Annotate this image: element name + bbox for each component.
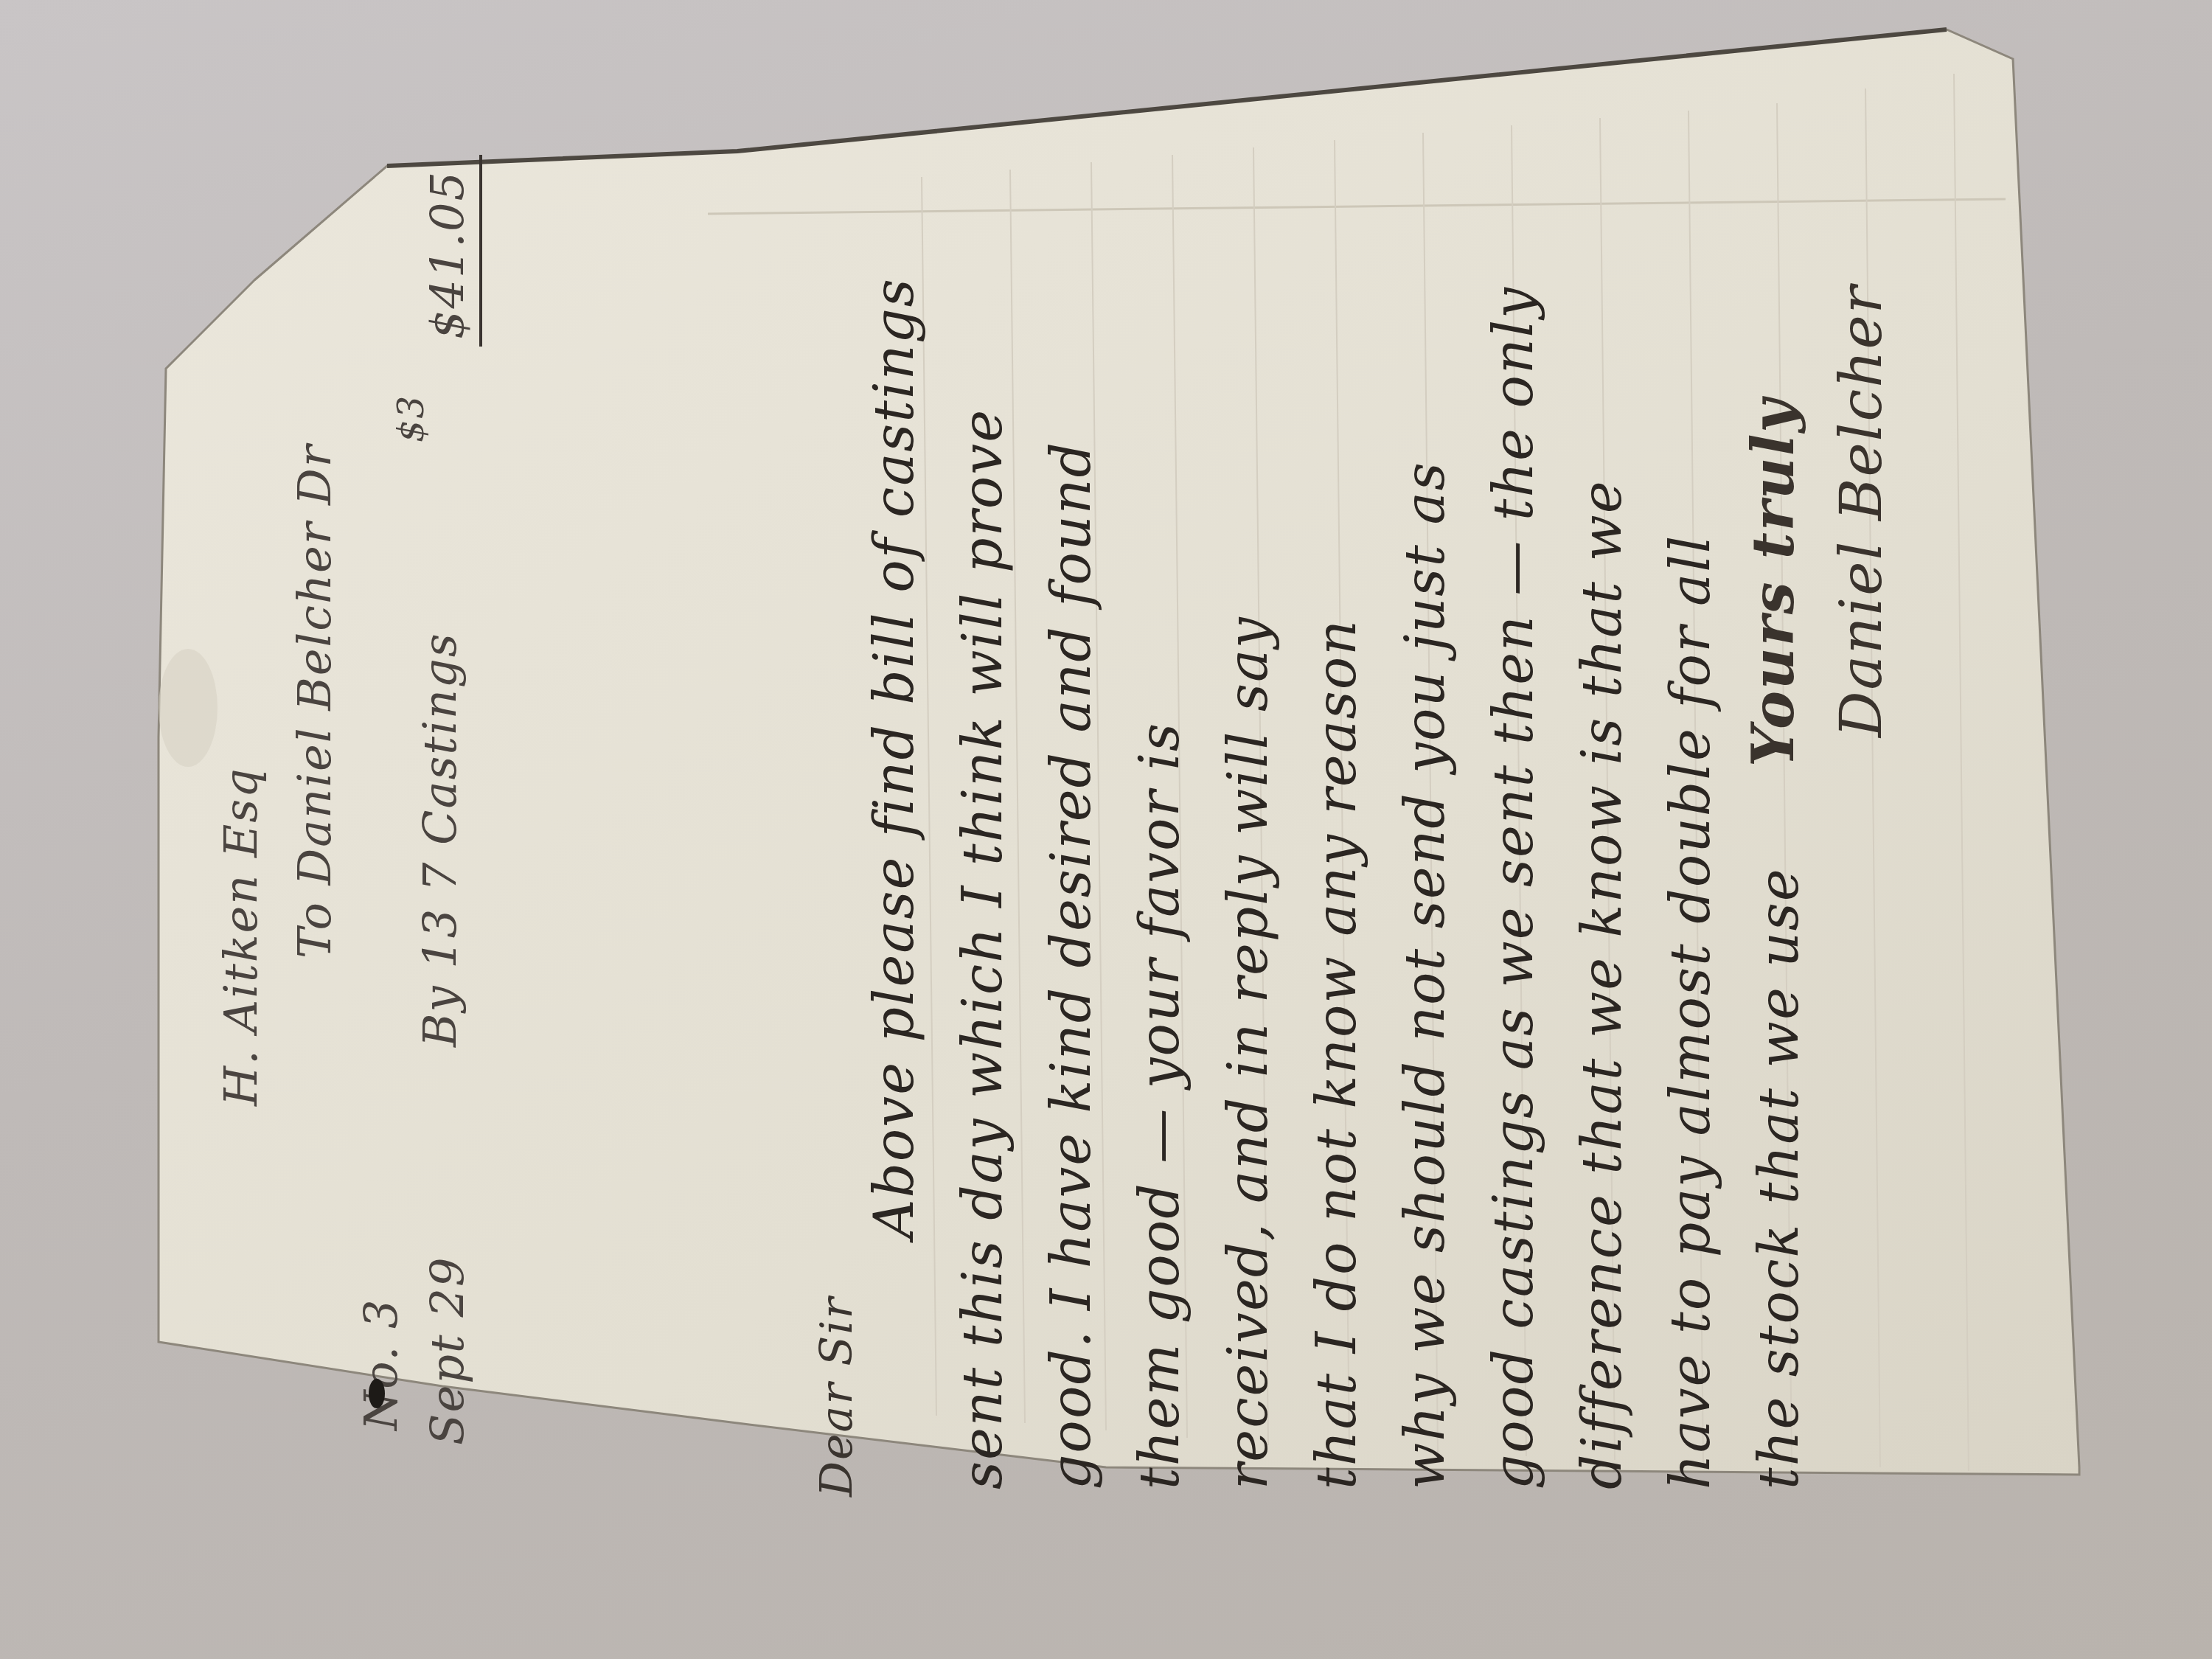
closing: Yours truly [1740, 397, 1807, 767]
body-line-4: them good — your favor is [1128, 722, 1192, 1489]
amount-underline [479, 155, 482, 347]
signature: Daniel Belcher [1829, 285, 1895, 737]
body-line-1: Above please find bill of castings [863, 277, 926, 1239]
item-line: By 13 7 Castings [413, 633, 467, 1047]
addressee: H. Aitken Esq [214, 767, 268, 1106]
writing-surface: H. Aitken Esq To Daniel Belcher Dr No. 3… [170, 162, 2101, 1519]
amount: $41.05 [420, 170, 474, 339]
rate: $3 [391, 394, 432, 442]
body-line-5: received, and in reply will say [1217, 616, 1280, 1489]
from-line: To Daniel Belcher Dr [288, 444, 341, 959]
body-line-10: have to pay almost double for all [1659, 535, 1722, 1490]
letter-paper: H. Aitken Esq To Daniel Belcher Dr No. 3… [0, 0, 2212, 1659]
body-line-7: why we should not send you just as [1394, 461, 1457, 1489]
salutation: Dear Sir [811, 1296, 863, 1497]
body-line-6: that I do not know any reason [1305, 619, 1368, 1489]
body-line-8: good castings as we sent then — the only [1482, 286, 1545, 1489]
bill-date: Sept 29 [420, 1256, 474, 1445]
body-line-9: difference that we know is that we [1571, 479, 1634, 1489]
ink-blot [369, 1379, 385, 1408]
bill-number: No. 3 [354, 1298, 408, 1430]
body-line-3: good. I have kind desired and found [1040, 441, 1103, 1489]
body-line-11: the stock that we use [1747, 867, 1811, 1489]
body-line-2: sent this day which I think will prove [951, 408, 1015, 1489]
